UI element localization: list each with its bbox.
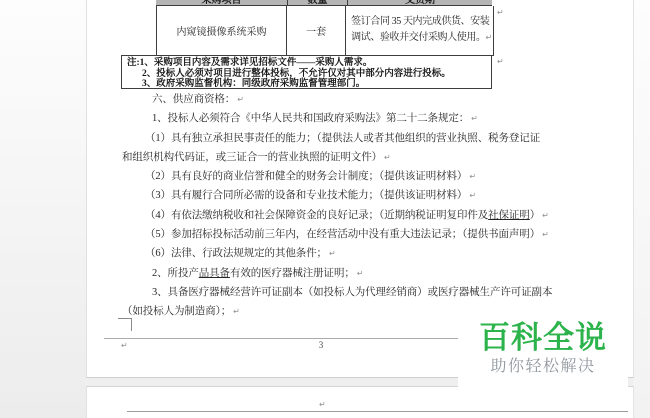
body-line-text: （3）具有履行合同所必需的设备和专业技术能力；（提供该证明材料） xyxy=(145,190,467,201)
paragraph-mark: ↵ xyxy=(471,114,478,123)
cell-quantity: 一套 xyxy=(286,6,345,55)
cell-procurement-item: 内窥镜摄像系统采购 xyxy=(157,6,286,55)
footer-paragraph-mark: ↵ xyxy=(121,341,128,350)
paragraph-mark: ↵ xyxy=(469,172,476,181)
body-line: （6）法律、行政法规规定的其他条件；↵ xyxy=(122,245,532,264)
body-line: （4）有依法缴纳税收和社会保障资金的良好记录；（近期纳税证明复印件及社保证明）↵ xyxy=(122,207,532,226)
watermark-subtitle: 助你轻松解决 xyxy=(458,357,628,377)
paragraph-mark: ↵ xyxy=(233,307,240,316)
underlined-text: 品具备 xyxy=(199,268,230,279)
body-line: 和组织机构代码证，或三证合一的营业执照的证明文件）↵ xyxy=(122,149,532,168)
paragraph-mark: ↵ xyxy=(469,191,476,200)
table-notes-row: 注:1、采购项目内容及需求详见招标文件——采购人需求。2、投标人必须对项目进行整… xyxy=(121,55,492,89)
table-header-cell-quantity: 数量 xyxy=(287,0,347,5)
table-header-quantity-label: 数量 xyxy=(288,0,347,5)
paragraph-mark: ↵ xyxy=(357,269,364,278)
body-line-text: 1、投标人必须符合《中华人民共和国政府采购法》第二十二条规定： xyxy=(152,113,469,124)
paragraph-mark: ↵ xyxy=(486,33,492,42)
paragraph-mark: ↵ xyxy=(542,211,549,220)
cell-delivery-terms: 签订合同 35 天内完成供货、安装 调试、验收并交付采购人使用。↵ xyxy=(345,6,493,55)
table-header-cell-delivery: 交货期 xyxy=(347,0,492,5)
body-line: 1、投标人必须符合《中华人民共和国政府采购法》第二十二条规定：↵ xyxy=(122,110,532,129)
table-note-line: 注:1、采购项目内容及需求详见招标文件——采购人需求。 xyxy=(127,58,491,69)
table-data-row: 内窥镜摄像系统采购 一套 签订合同 35 天内完成供货、安装 调试、验收并交付采… xyxy=(156,6,494,56)
watermark-title: 百科全说 xyxy=(458,321,628,355)
header-boundary-line xyxy=(127,411,628,412)
table-note-line: 3、政府采购监督机构：同级政府采购监督管理部门。 xyxy=(127,79,491,90)
paragraph-mark: ↵ xyxy=(329,249,336,258)
text-boundary-corner-mark xyxy=(118,318,132,331)
body-line-text: 和组织机构代码证，或三证合一的营业执照的证明文件） xyxy=(122,152,382,163)
app-background-right xyxy=(633,0,650,418)
body-line: 3、具备医疗器械经营许可证副本（如投标人为代理经销商）或医疗器械生产许可证副本 xyxy=(122,284,532,303)
body-line-text: （1）具有独立承担民事责任的能力；（提供法人或者其他组织的营业执照、税务登记证 xyxy=(145,133,540,144)
watermark-badge: 百科全说 助你轻松解决 xyxy=(458,314,628,393)
underlined-text: 社保证明 xyxy=(488,210,530,221)
body-line-text: （6）法律、行政法规规定的其他条件； xyxy=(145,248,327,259)
app-background-left xyxy=(0,0,86,418)
body-line-text: ） xyxy=(530,210,540,221)
body-line: （5）参加招标投标活动前三年内，在经营活动中没有重大违法记录；（提供书面声明）↵ xyxy=(122,226,532,245)
header-paragraph-mark: ↵ xyxy=(319,400,326,409)
page-number: 3 xyxy=(306,340,336,350)
body-line-text: 六、供应商资格： xyxy=(152,94,235,105)
table-header-delivery-label: 交货期 xyxy=(348,0,492,5)
row-end-mark: ↵ xyxy=(497,57,504,66)
table-header-item-label: 采购项目 xyxy=(156,0,287,5)
body-line-text: 有效的医疗器械注册证明； xyxy=(230,268,355,279)
body-line: （2）具有良好的商业信誉和健全的财务会计制度；（提供该证明材料）↵ xyxy=(122,168,532,187)
body-line-text: 2、所投产 xyxy=(152,268,199,279)
body-line: （3）具有履行合同所必需的设备和专业技术能力；（提供该证明材料）↵ xyxy=(122,187,532,206)
body-line: 2、所投产品具备有效的医疗器械注册证明；↵ xyxy=(122,265,532,284)
delivery-line-2: 调试、验收并交付采购人使用。↵ xyxy=(351,30,493,46)
table-header-cell-item: 采购项目 xyxy=(156,0,287,5)
paragraph-mark: ↵ xyxy=(384,153,391,162)
body-line: （1）具有独立承担民事责任的能力；（提供法人或者其他组织的营业执照、税务登记证 xyxy=(122,130,532,149)
body-text: 六、供应商资格：↵1、投标人必须符合《中华人民共和国政府采购法》第二十二条规定：… xyxy=(122,91,532,323)
paragraph-mark: ↵ xyxy=(542,230,549,239)
body-line-text: （2）具有良好的商业信誉和健全的财务会计制度；（提供该证明材料） xyxy=(145,171,467,182)
paragraph-mark: ↵ xyxy=(237,95,244,104)
word-document-view: 采购项目 数量 交货期 内窥镜摄像系统采购 一套 签订合同 35 天内完成供货、… xyxy=(0,0,650,418)
delivery-line-1: 签订合同 35 天内完成供货、安装 xyxy=(351,14,493,30)
body-line: 六、供应商资格：↵ xyxy=(122,91,532,110)
body-line-text: （4）有依法缴纳税收和社会保障资金的良好记录；（近期纳税证明复印件及 xyxy=(145,210,488,221)
table-note-line: 2、投标人必须对项目进行整体投标，不允许仅对其中部分内容进行投标。 xyxy=(127,69,491,80)
row-end-mark: ↵ xyxy=(497,8,504,17)
body-line-text: （5）参加招标投标活动前三年内，在经营活动中没有重大违法记录；（提供书面声明） xyxy=(145,229,540,240)
body-line-text: （如投标人为制造商）； xyxy=(122,306,231,317)
body-line-text: 3、具备医疗器械经营许可证副本（如投标人为代理经销商）或医疗器械生产许可证副本 xyxy=(152,287,552,298)
